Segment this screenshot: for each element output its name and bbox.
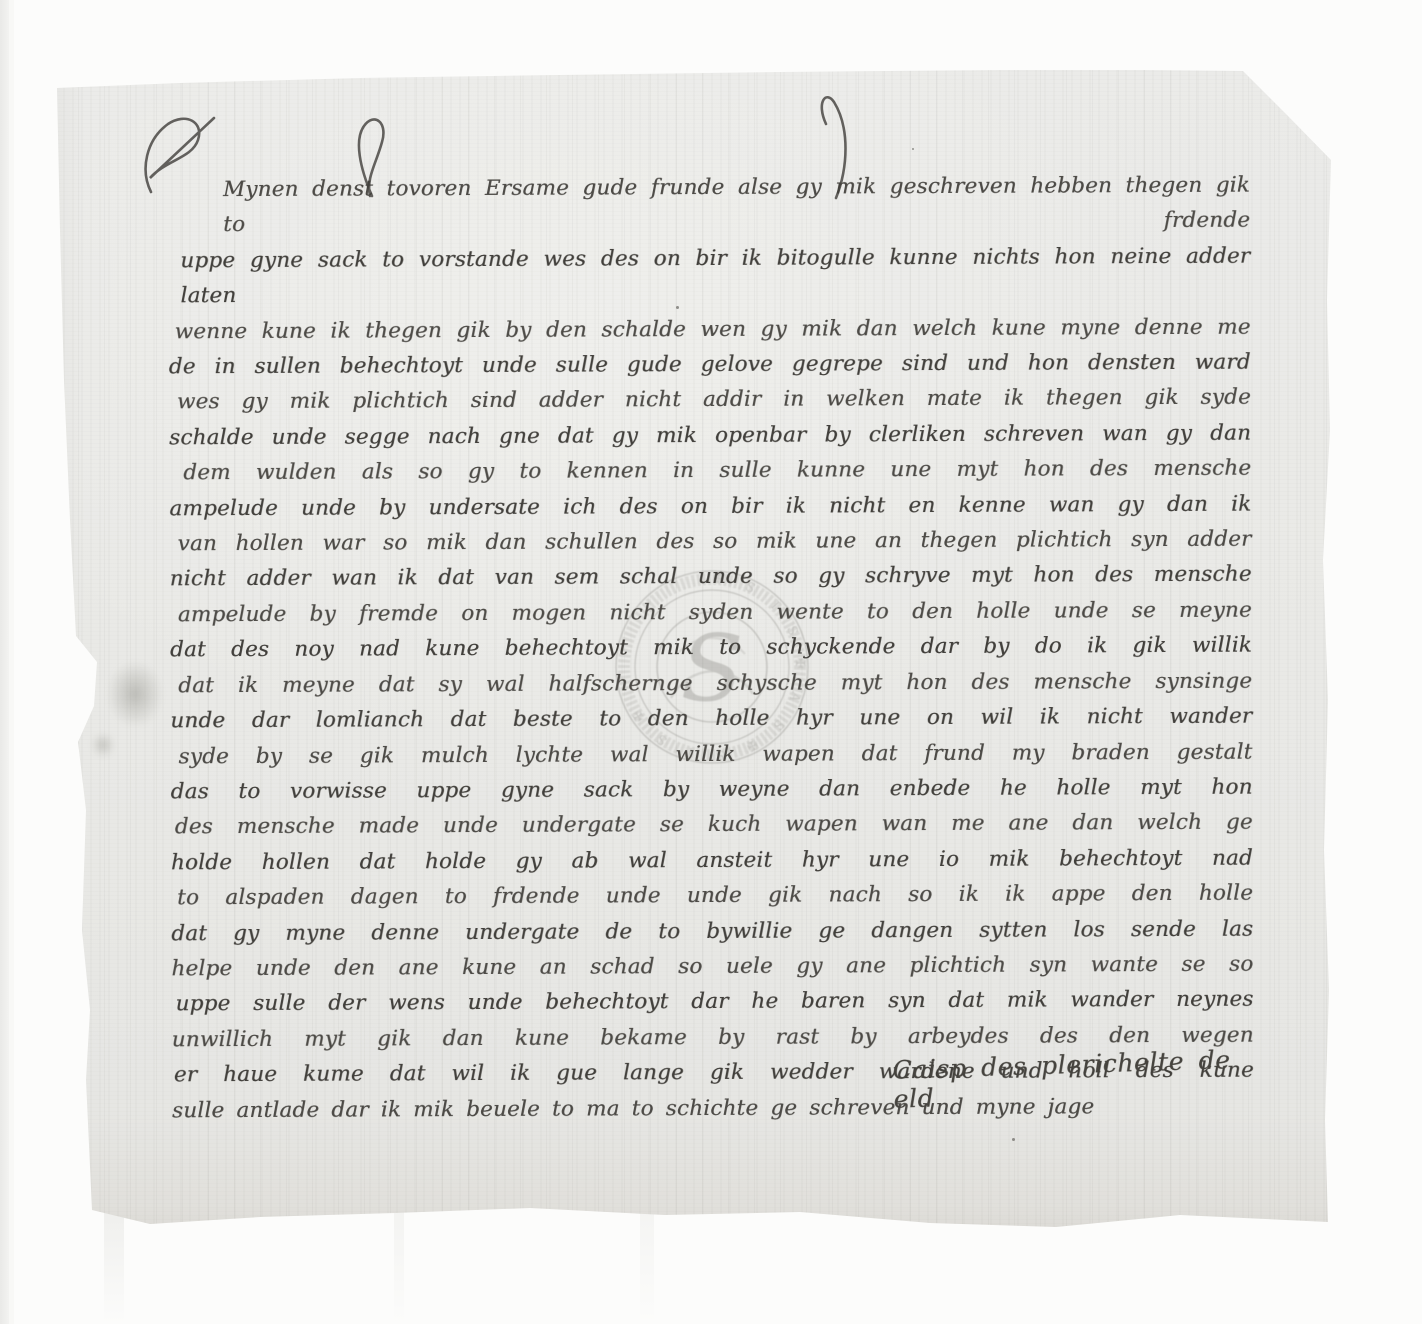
ink-speck <box>1012 1138 1015 1141</box>
manuscript-line: holde hollen dat holde gy ab wal ansteit… <box>171 840 1253 880</box>
manuscript-line: nicht adder wan ik dat van sem schal und… <box>170 557 1252 597</box>
signature-line: Caisp des plerichelte de eld <box>892 1044 1264 1114</box>
manuscript-line: wes gy mik plichtich sind adder nicht ad… <box>177 380 1251 420</box>
manuscript-line: de in sullen behechtoyt unde sulle gude … <box>169 345 1251 385</box>
manuscript-line: unde dar lomlianch dat beste to den holl… <box>170 699 1252 739</box>
letter-body: Mynen denst tovoren Ersame gude frunde a… <box>168 168 1254 1129</box>
manuscript-line: ampelude unde by undersate ich des on bi… <box>169 486 1251 526</box>
manuscript-line: syde by se gik mulch lychte wal willik w… <box>178 734 1252 774</box>
manuscript-line: Mynen denst tovoren Ersame gude frunde a… <box>223 168 1250 243</box>
ink-speck <box>912 148 914 150</box>
scanner-edge-band <box>0 0 9 1324</box>
manuscript-line: uppe gyne sack to vorstande wes des on b… <box>180 238 1250 313</box>
scanned-document: ✠ S I S ✠ A S ✠ S I S ✠ S Mynen denst to… <box>0 0 1422 1324</box>
manuscript-line: dat ik meyne dat sy wal halfschernge sch… <box>178 663 1252 703</box>
scanner-streak <box>394 1212 404 1324</box>
manuscript-line: wenne kune ik thegen gik by den schalde … <box>175 309 1251 349</box>
manuscript-line: helpe unde den ane kune an schad so uele… <box>171 947 1253 987</box>
scanner-streak <box>640 1212 654 1324</box>
ink-smudge <box>96 648 174 740</box>
manuscript-line: des mensche made unde undergate se kuch … <box>175 805 1253 845</box>
manuscript-line: dem wulden als so gy to kennen in sulle … <box>183 451 1251 491</box>
manuscript-line: to alspaden dagen to frdende unde unde g… <box>177 876 1253 916</box>
scanner-edge-band <box>9 0 14 1324</box>
manuscript-line: ampelude by fremde on mogen nicht syden … <box>178 593 1252 633</box>
manuscript-line: dat gy myne denne undergate de to bywill… <box>171 911 1253 951</box>
scanner-streak <box>104 1212 124 1324</box>
manuscript-line: schalde unde segge nach gne dat gy mik o… <box>169 415 1251 455</box>
manuscript-line: das to vorwisse uppe gyne sack by weyne … <box>171 770 1253 810</box>
ink-smudge <box>86 728 120 762</box>
manuscript-line: uppe sulle der wens unde behechtoyt dar … <box>175 982 1253 1022</box>
manuscript-line: dat des noy nad kune behechtoyt mik to s… <box>170 628 1252 668</box>
manuscript-line: van hollen war so mik dan schullen des s… <box>177 522 1251 562</box>
